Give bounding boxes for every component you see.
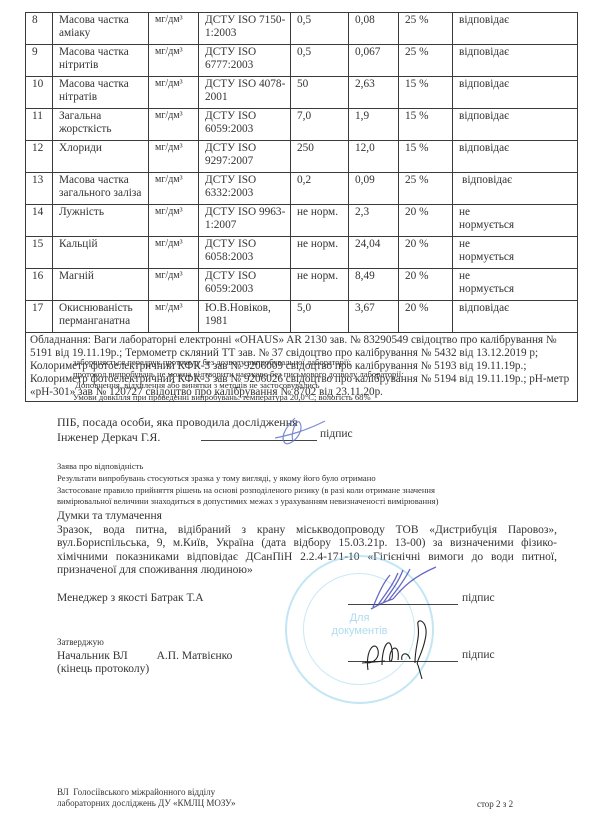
unit: мг/дм³ (149, 301, 199, 333)
approver-signature-icon (360, 615, 440, 680)
conformity-line: Застосоване правило прийняття рішень на … (57, 485, 438, 497)
result-value: 3,67 (349, 301, 399, 333)
table-row: 8 Масова частка аміаку мг/дм³ ДСТУ ISO 7… (26, 13, 578, 45)
norm-value: 7,0 (291, 109, 349, 141)
conclusion: відповідає (453, 141, 578, 173)
tester-signature-icon (255, 413, 330, 448)
conclusion: відповідає (453, 173, 578, 205)
test-method: ДСТУ ISO 6332:2003 (199, 173, 291, 205)
approver-signature-label: підпис (462, 649, 495, 661)
unit: мг/дм³ (149, 13, 199, 45)
page-footer: ВЛ Голосіївського міжрайонного відділу л… (57, 787, 235, 809)
approver-position: Начальник ВЛ (57, 650, 128, 662)
opinion-block: Думки та тлумачення Зразок, вода питна, … (57, 510, 557, 578)
unit: мг/дм³ (149, 45, 199, 77)
table-row: 17 Окиснюваність перманганатна мг/дм³ Ю.… (26, 301, 578, 333)
footer-line1: ВЛ Голосіївського міжрайонного відділу (57, 787, 235, 798)
row-number: 10 (26, 77, 53, 109)
table-row: 13 Масова частка загального заліза мг/дм… (26, 173, 578, 205)
test-method: ДСТУ ISO 9963-1:2007 (199, 205, 291, 237)
indicator-name: Масова частка загального заліза (53, 173, 149, 205)
norm-value: 250 (291, 141, 349, 173)
protocol-notes: забороняється передрук протоколу без доз… (73, 357, 404, 403)
indicator-name: Магній (53, 269, 149, 301)
conformity-line: Результати випробувань стосуються зразка… (57, 473, 438, 485)
test-method: Ю.В.Новіков, 1981 (199, 301, 291, 333)
table-row: 9 Масова частка нітритів мг/дм³ ДСТУ ISO… (26, 45, 578, 77)
table-row: 15 Кальцій мг/дм³ ДСТУ ISO 6058:2003 не … (26, 237, 578, 269)
note-line: протокол випробувань не можна відтворити… (73, 369, 404, 381)
results-table: 8 Масова частка аміаку мг/дм³ ДСТУ ISO 7… (25, 12, 578, 402)
result-value: 1,9 (349, 109, 399, 141)
opinion-title: Думки та тлумачення (57, 510, 557, 524)
uncertainty: 15 % (399, 109, 453, 141)
norm-value: не норм. (291, 269, 349, 301)
test-method: ДСТУ ISO 6059:2003 (199, 269, 291, 301)
result-value: 2,63 (349, 77, 399, 109)
opinion-text: Зразок, вода питна, відібраний з крану м… (57, 524, 557, 578)
result-value: 24,04 (349, 237, 399, 269)
unit: мг/дм³ (149, 109, 199, 141)
indicator-name: Масова частка нітритів (53, 45, 149, 77)
quality-manager-signature-label: підпис (462, 592, 495, 604)
unit: мг/дм³ (149, 77, 199, 109)
unit: мг/дм³ (149, 173, 199, 205)
uncertainty: 25 % (399, 13, 453, 45)
conclusion: відповідає (453, 77, 578, 109)
conclusion: не нормується (453, 269, 578, 301)
end-of-protocol: (кінець протоколу) (57, 663, 232, 677)
conformity-line: вимірювальної величини знаходиться в доп… (57, 496, 438, 508)
result-value: 2,3 (349, 205, 399, 237)
table-row: 14 Лужність мг/дм³ ДСТУ ISO 9963-1:2007 … (26, 205, 578, 237)
row-number: 14 (26, 205, 53, 237)
conclusion: відповідає (453, 13, 578, 45)
indicator-name: Окиснюваність перманганатна (53, 301, 149, 333)
indicator-name: Масова частка аміаку (53, 13, 149, 45)
approver-name: А.П. Матвієнко (157, 650, 233, 662)
conclusion: відповідає (453, 45, 578, 77)
protocol-page: 8 Масова частка аміаку мг/дм³ ДСТУ ISO 7… (0, 0, 600, 825)
indicator-name: Масова частка нітратів (53, 77, 149, 109)
result-value: 0,08 (349, 13, 399, 45)
uncertainty: 20 % (399, 301, 453, 333)
uncertainty: 25 % (399, 45, 453, 77)
result-value: 0,09 (349, 173, 399, 205)
row-number: 16 (26, 269, 53, 301)
row-number: 13 (26, 173, 53, 205)
row-number: 15 (26, 237, 53, 269)
test-method: ДСТУ ISO 9297:2007 (199, 141, 291, 173)
norm-value: 0,5 (291, 13, 349, 45)
result-value: 12,0 (349, 141, 399, 173)
unit: мг/дм³ (149, 237, 199, 269)
uncertainty: 25 % (399, 173, 453, 205)
test-method: ДСТУ ISO 6059:2003 (199, 109, 291, 141)
test-method: ДСТУ ISO 4078-2001 (199, 77, 291, 109)
page-number: стор 2 з 2 (477, 799, 513, 809)
unit: мг/дм³ (149, 205, 199, 237)
norm-value: не норм. (291, 237, 349, 269)
uncertainty: 20 % (399, 237, 453, 269)
note-line: Умови довкілля при проведенні випробуван… (73, 392, 404, 404)
indicator-name: Лужність (53, 205, 149, 237)
row-number: 9 (26, 45, 53, 77)
conformity-statement: Заява про відповідність Результати випро… (57, 461, 438, 508)
indicator-name: Загальна жорсткість (53, 109, 149, 141)
uncertainty: 20 % (399, 205, 453, 237)
result-value: 0,067 (349, 45, 399, 77)
uncertainty: 15 % (399, 77, 453, 109)
unit: мг/дм³ (149, 269, 199, 301)
row-number: 12 (26, 141, 53, 173)
row-number: 8 (26, 13, 53, 45)
table-row: 10 Масова частка нітратів мг/дм³ ДСТУ IS… (26, 77, 578, 109)
quality-manager-name: Менеджер з якості Батрак Т.А (57, 592, 204, 604)
test-method: ДСТУ ISO 6777:2003 (199, 45, 291, 77)
approval-block: Затверджую Начальник ВЛ А.П. Матвієнко (… (57, 636, 232, 677)
row-number: 11 (26, 109, 53, 141)
result-value: 8,49 (349, 269, 399, 301)
quality-manager-signature-icon (368, 565, 438, 610)
conclusion: відповідає (453, 109, 578, 141)
table-row: 16 Магній мг/дм³ ДСТУ ISO 6059:2003 не н… (26, 269, 578, 301)
indicator-name: Хлориди (53, 141, 149, 173)
conformity-title: Заява про відповідність (57, 461, 438, 473)
note-line: забороняється передрук протоколу без доз… (73, 357, 404, 369)
test-method: ДСТУ ISO 7150-1:2003 (199, 13, 291, 45)
footer-line2: лабораторних досліджень ДУ «КМЛЦ МОЗУ» (57, 798, 235, 809)
norm-value: не норм. (291, 205, 349, 237)
conclusion: відповідає (453, 301, 578, 333)
approval-line: Начальник ВЛ А.П. Матвієнко (57, 650, 232, 664)
unit: мг/дм³ (149, 141, 199, 173)
uncertainty: 15 % (399, 141, 453, 173)
row-number: 17 (26, 301, 53, 333)
norm-value: 50 (291, 77, 349, 109)
table-row: 12 Хлориди мг/дм³ ДСТУ ISO 9297:2007 250… (26, 141, 578, 173)
conclusion: не нормується (453, 237, 578, 269)
norm-value: 0,2 (291, 173, 349, 205)
uncertainty: 20 % (399, 269, 453, 301)
approval-label: Затверджую (57, 636, 232, 650)
table-row: 11 Загальна жорсткість мг/дм³ ДСТУ ISO 6… (26, 109, 578, 141)
conclusion: не нормується (453, 205, 578, 237)
test-method: ДСТУ ISO 6058:2003 (199, 237, 291, 269)
note-line: Доповнення, відхилення або винятки з мет… (73, 380, 404, 392)
norm-value: 0,5 (291, 45, 349, 77)
norm-value: 5,0 (291, 301, 349, 333)
indicator-name: Кальцій (53, 237, 149, 269)
